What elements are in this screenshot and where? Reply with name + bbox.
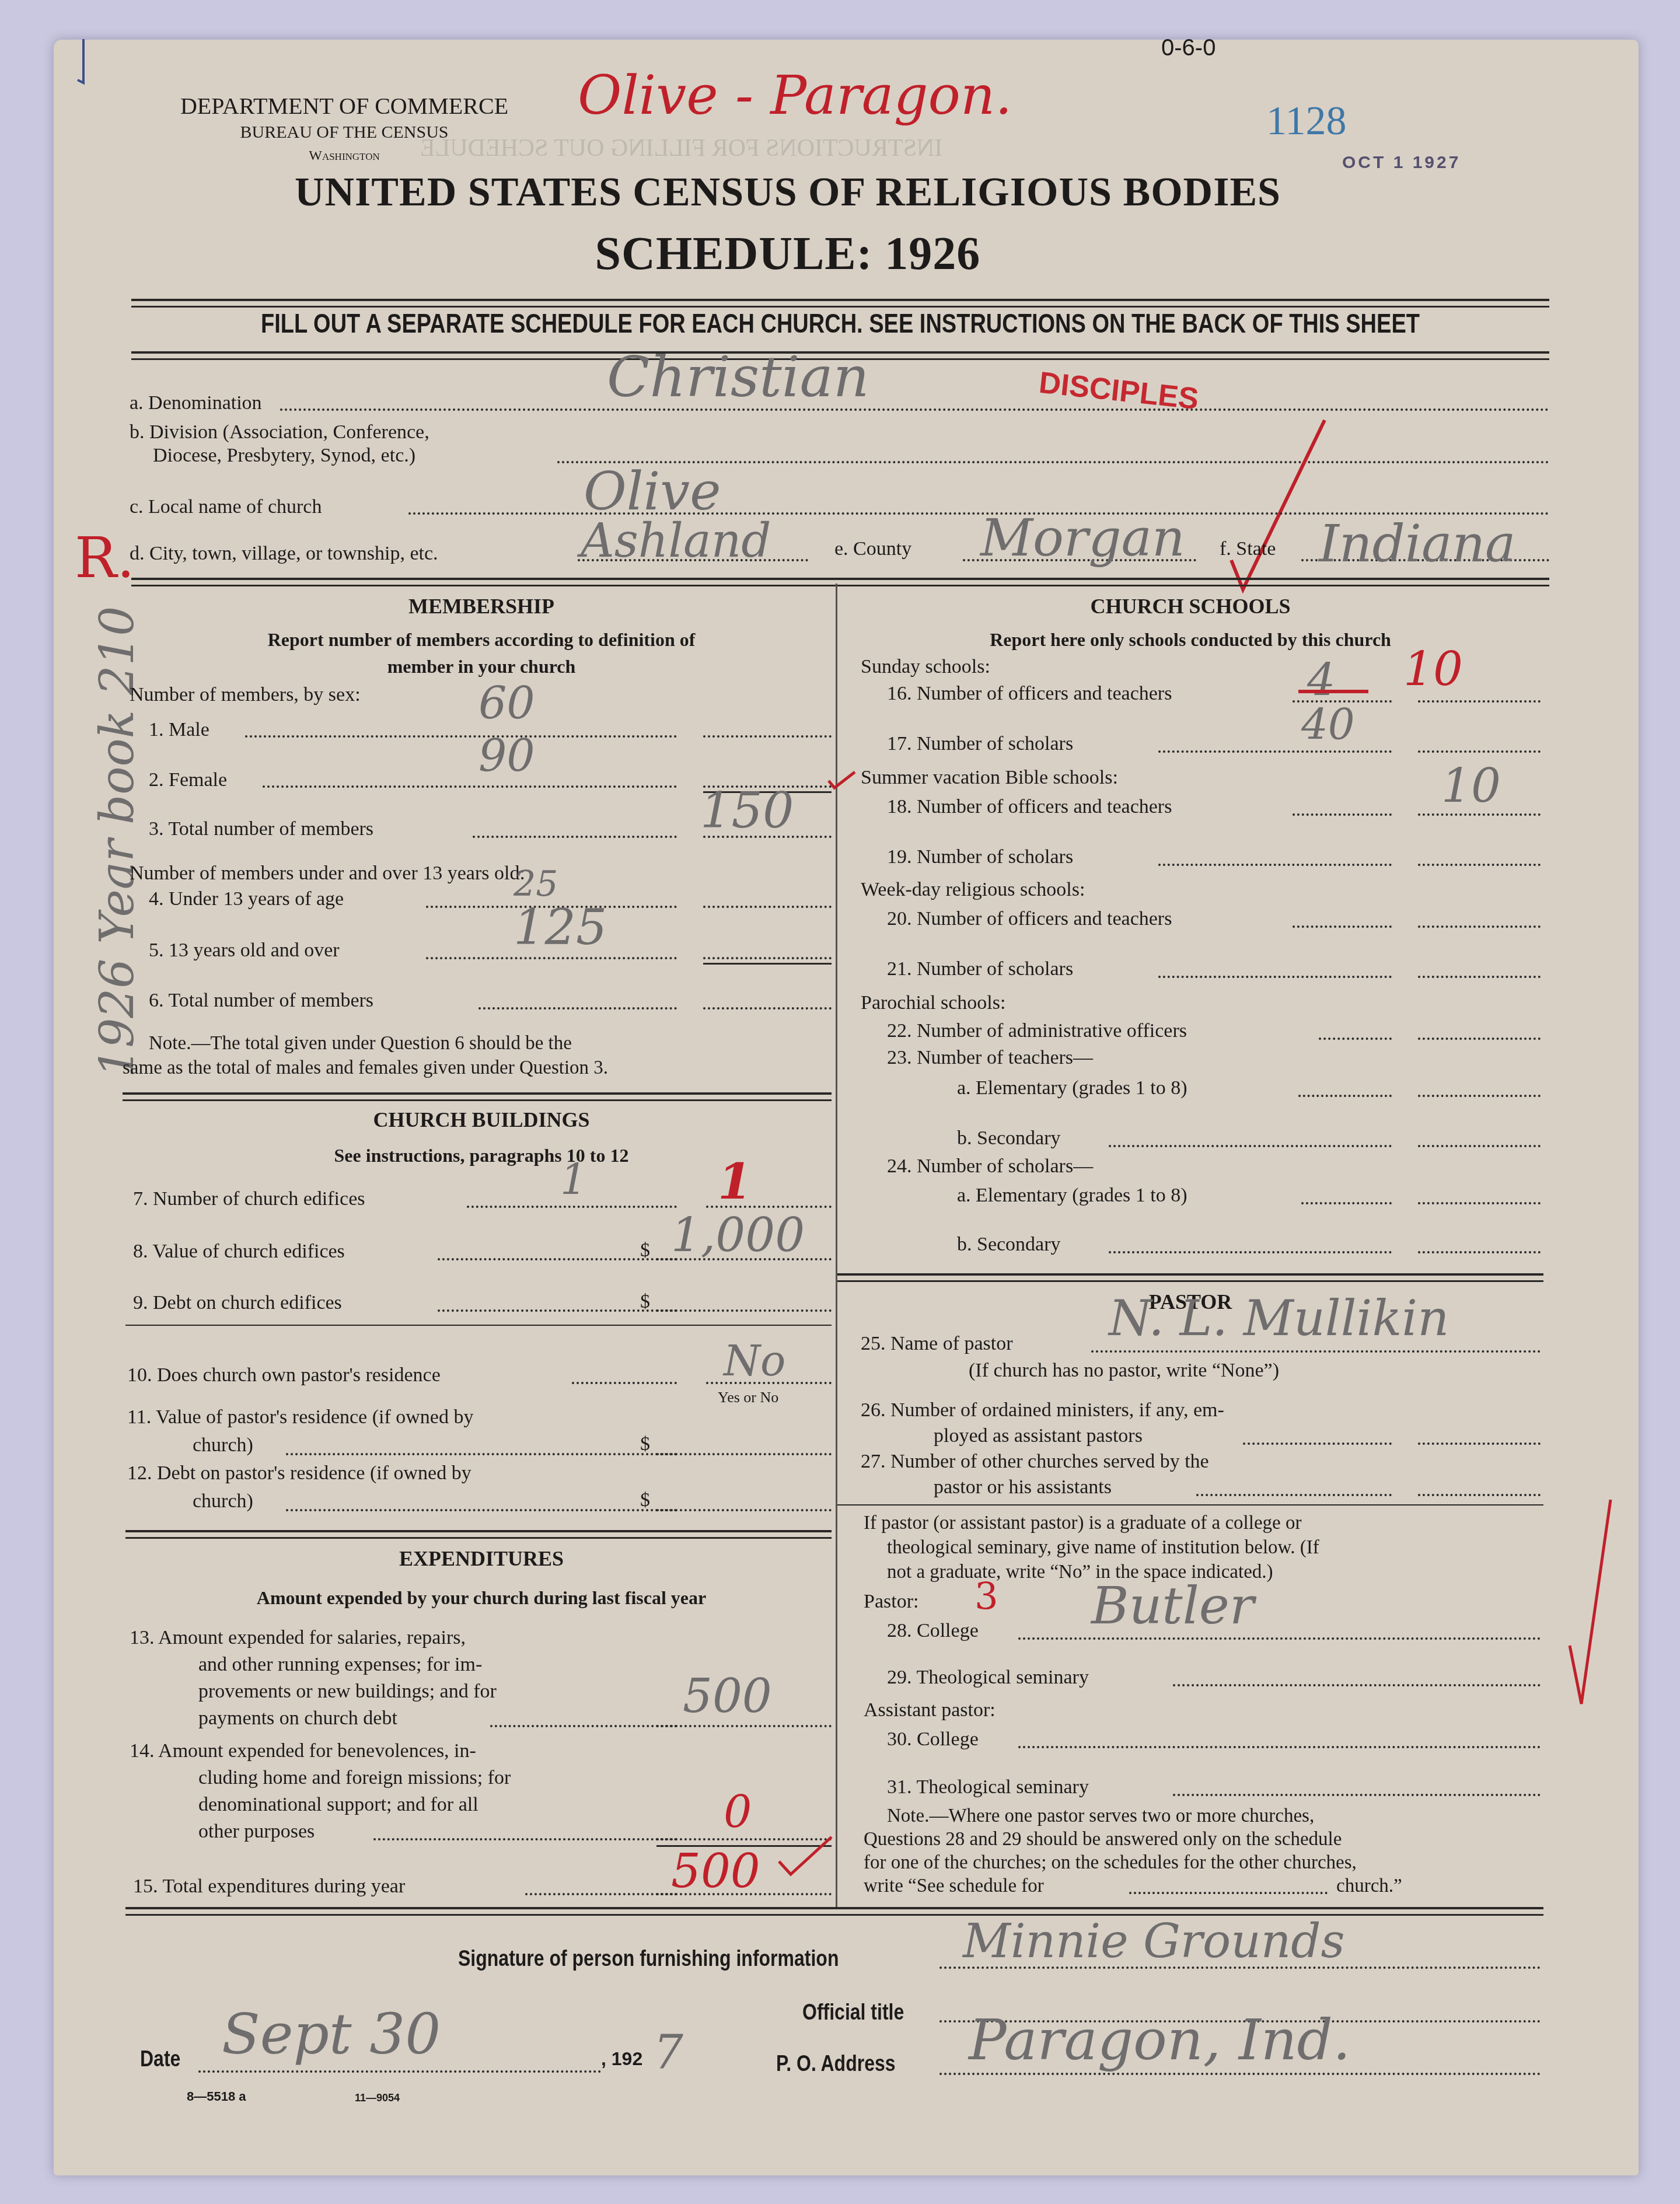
signature-label: Signature of person furnishing informati… [458, 1945, 839, 1971]
q20-label: 20. Number of officers and teachers [887, 908, 1172, 930]
edifices-count-label: 7. Number of church edifices [133, 1188, 365, 1210]
official-title-label: Official title [802, 1999, 904, 2025]
bureau-name: BUREAU OF THE CENSUS [134, 123, 554, 142]
city-label: d. City, town, village, or township, etc… [130, 543, 438, 565]
po-address-line[interactable] [939, 2073, 1541, 2075]
q14-line-4: other purposes [198, 1821, 315, 1843]
edifices-count-value: 1 [560, 1155, 587, 1204]
q17-line[interactable] [1158, 750, 1392, 753]
state-value: Indiana [1319, 514, 1516, 574]
pastor-name-line[interactable] [1091, 1350, 1541, 1353]
code-annotation: 0-6-0 [1161, 35, 1216, 61]
rule [125, 1530, 832, 1539]
denomination-label: a. Denomination [130, 392, 262, 414]
q18-total-line[interactable] [1418, 813, 1541, 816]
q26-total-line[interactable] [1418, 1442, 1541, 1445]
edifices-debt-label: 9. Debt on church edifices [133, 1292, 342, 1314]
rule [837, 1273, 1543, 1282]
asst-college-line[interactable] [1018, 1746, 1541, 1748]
margin-pencil-note: 1926 Year book 210 [90, 704, 144, 1078]
residence-value-line[interactable] [286, 1453, 677, 1455]
expenditures-heading: EXPENDITURES [131, 1546, 832, 1571]
total-expenditures-label: 15. Total expenditures during year [133, 1875, 405, 1898]
q13-line-3: provements or new buildings; and for [198, 1681, 497, 1703]
q22-label: 22. Number of administrative officers [887, 1020, 1187, 1042]
pastor-name-label: 25. Name of pastor [861, 1333, 1013, 1355]
date-line[interactable] [198, 2070, 601, 2073]
q24a-total-line[interactable] [1418, 1202, 1541, 1204]
residence-debt-label-1: 12. Debt on pastor's residence (if owned… [127, 1462, 471, 1485]
weekday-schools-label: Week-day religious schools: [861, 879, 1085, 901]
parochial-schools-label: Parochial schools: [861, 992, 1005, 1014]
q14-amount: 0 [724, 1786, 752, 1838]
residence-debt-line[interactable] [286, 1509, 677, 1511]
rule [123, 1092, 832, 1101]
q21-label: 21. Number of scholars [887, 958, 1073, 980]
rule [125, 1325, 832, 1326]
division-label-2: Diocese, Presbytery, Synod, etc.) [153, 445, 415, 467]
q26-label-2: ployed as assistant pastors [934, 1425, 1143, 1447]
total-members-6-label: 6. Total number of members [149, 990, 373, 1012]
q23a-label: a. Elementary (grades 1 to 8) [957, 1077, 1187, 1099]
church-schools-heading: CHURCH SCHOOLS [840, 594, 1541, 619]
college-line[interactable] [1018, 1637, 1541, 1640]
church-name-label: c. Local name of church [130, 496, 322, 518]
instruction-banner: FILL OUT A SEPARATE SCHEDULE FOR EACH CH… [131, 310, 1549, 340]
membership-subheading-2: member in your church [131, 656, 832, 677]
church-buildings-heading: CHURCH BUILDINGS [131, 1108, 832, 1132]
year-prefix: , 192 [601, 2048, 642, 2070]
q20-line[interactable] [1293, 925, 1392, 928]
membership-note-2: same as the total of males and females g… [123, 1055, 832, 1081]
college-value: Butler [1091, 1576, 1254, 1636]
female-label: 2. Female [149, 769, 227, 791]
q27-total-line[interactable] [1418, 1494, 1541, 1496]
schedule-year: SCHEDULE: 1926 [175, 228, 1400, 281]
red-strikethrough [1298, 690, 1368, 693]
membership-note-1: Note.—The total given under Question 6 s… [149, 1031, 832, 1056]
assistant-pastor-label: Assistant pastor: [864, 1699, 996, 1721]
pastor-note-3: for one of the churches; on the schedule… [864, 1850, 1541, 1875]
date-value: Sept 30 [222, 2002, 441, 2067]
received-number-stamp: 1128 [1266, 98, 1346, 145]
q27-label-2: pastor or his assistants [934, 1476, 1112, 1499]
q24-label: 24. Number of scholars— [887, 1155, 1093, 1178]
margin-r-annotation: R. [75, 525, 135, 591]
print-code: 11—9054 [355, 2092, 400, 2104]
under-13-label: 4. Under 13 years of age [149, 888, 344, 910]
county-value: Morgan [980, 508, 1185, 568]
grad-note-1: If pastor (or assistant pastor) is a gra… [864, 1510, 1541, 1536]
denomination-value: Christian [607, 344, 869, 410]
q13-amount-line[interactable] [656, 1725, 832, 1727]
expenditures-subheading: Amount expended by your church during la… [131, 1587, 832, 1609]
residence-value-label-1: 11. Value of pastor's residence (if owne… [127, 1406, 473, 1428]
pastor-note-4a: write “See schedule for [864, 1873, 1044, 1899]
residence-debt-label-2: church) [193, 1490, 253, 1513]
q16-total-line[interactable] [1418, 700, 1541, 703]
residence-value-label-2: church) [193, 1434, 253, 1456]
q24b-line[interactable] [1109, 1251, 1392, 1253]
q16-value: 4 [1307, 654, 1335, 705]
currency-symbol: $ [640, 1489, 650, 1511]
signature-value: Minnie Grounds [963, 1914, 1345, 1968]
seminary-line[interactable] [1173, 1684, 1541, 1686]
see-schedule-line[interactable] [1129, 1892, 1328, 1894]
edifices-value-label: 8. Value of church edifices [133, 1241, 345, 1263]
residence-value-amount-line[interactable] [656, 1453, 832, 1455]
over-13-value: 125 [514, 899, 607, 956]
rule [837, 1504, 1543, 1506]
q23-label: 23. Number of teachers— [887, 1047, 1093, 1069]
q24b-label: b. Secondary [957, 1234, 1061, 1256]
q19-line[interactable] [1158, 864, 1392, 866]
city-value: Ashland [581, 514, 771, 568]
total-expenditures-amount: 500 [671, 1844, 760, 1898]
q18-label: 18. Number of officers and teachers [887, 796, 1172, 818]
date-label: Date [140, 2046, 180, 2072]
q17-total-line[interactable] [1418, 750, 1541, 753]
over-13-label: 5. 13 years old and over [149, 939, 340, 962]
seminary-label: 29. Theological seminary [887, 1667, 1089, 1689]
grad-note-2: theological seminary, give name of insti… [887, 1535, 1541, 1560]
pastor-name-value: N. L. Mullikin [1109, 1290, 1449, 1347]
q13-line-2: and other running expenses; for im- [198, 1654, 482, 1676]
owns-residence-value: No [724, 1336, 785, 1385]
q24a-label: a. Elementary (grades 1 to 8) [957, 1185, 1187, 1207]
total-expenditures-line[interactable] [525, 1893, 677, 1895]
sum-rule [703, 963, 832, 965]
q13-amount: 500 [683, 1669, 772, 1723]
pastor-name-hint: (If church has no pastor, write “None”) [969, 1360, 1279, 1382]
female-line[interactable] [263, 785, 677, 788]
q18-value: 10 [1441, 759, 1501, 813]
q14-line-1: 14. Amount expended for benevolences, in… [130, 1740, 476, 1762]
q20-total-line[interactable] [1418, 925, 1541, 928]
q14-line-3: denominational support; and for all [198, 1794, 478, 1816]
total-members-6-total-line[interactable] [703, 1007, 832, 1010]
blue-pen-mark-icon [75, 36, 92, 95]
year-value: 7 [654, 2025, 683, 2079]
asst-seminary-label: 31. Theological seminary [887, 1776, 1089, 1798]
q24b-total-line[interactable] [1418, 1251, 1541, 1253]
summer-schools-label: Summer vacation Bible schools: [861, 767, 1118, 789]
rule [131, 578, 1549, 586]
under-13-total-line[interactable] [703, 906, 832, 908]
asst-college-label: 30. College [887, 1728, 979, 1751]
owns-residence-label: 10. Does church own pastor's residence [127, 1364, 441, 1386]
q27-line[interactable] [1196, 1494, 1392, 1496]
currency-symbol: $ [640, 1239, 650, 1262]
q13-line[interactable] [490, 1725, 677, 1727]
college-label: 28. College [887, 1620, 979, 1642]
q17-label: 17. Number of scholars [887, 733, 1073, 755]
over-13-total-line[interactable] [703, 957, 832, 959]
currency-symbol: $ [640, 1433, 650, 1455]
rule [131, 299, 1549, 308]
q18-line[interactable] [1293, 813, 1392, 816]
division-label-1: b. Division (Association, Conference, [130, 421, 429, 443]
pastor-note-2: Questions 28 and 29 should be answered o… [864, 1826, 1541, 1852]
department-name: DEPARTMENT OF COMMERCE [134, 92, 554, 120]
total-members-label: 3. Total number of members [149, 818, 373, 840]
q21-line[interactable] [1158, 976, 1392, 978]
edifices-debt-amount-line[interactable] [656, 1309, 832, 1312]
by-age-label: Number of members under and over 13 year… [130, 862, 525, 885]
owns-residence-line[interactable] [572, 1382, 677, 1384]
male-value: 60 [478, 677, 535, 729]
total-members-6-line[interactable] [478, 1007, 677, 1010]
q23a-total-line[interactable] [1418, 1095, 1541, 1097]
q27-label-1: 27. Number of other churches served by t… [861, 1451, 1209, 1473]
membership-subheading-1: Report number of members according to de… [131, 629, 832, 651]
q24a-line[interactable] [1301, 1202, 1392, 1204]
total-members-value: 150 [700, 782, 794, 839]
yes-no-hint: Yes or No [718, 1389, 778, 1406]
q23a-line[interactable] [1298, 1095, 1392, 1097]
form-title: UNITED STATES CENSUS OF RELIGIOUS BODIES [175, 169, 1400, 216]
q13-line-1: 13. Amount expended for salaries, repair… [130, 1627, 466, 1649]
q23b-label: b. Secondary [957, 1127, 1061, 1150]
female-value: 90 [478, 729, 535, 781]
po-address-value: Paragon, Ind. [969, 2007, 1350, 2073]
q19-total-line[interactable] [1418, 864, 1541, 866]
pastor-note-4b: church.” [1336, 1873, 1402, 1899]
by-sex-label: Number of members, by sex: [130, 684, 361, 706]
residence-debt-amount-line[interactable] [656, 1509, 832, 1511]
membership-heading: MEMBERSHIP [131, 594, 832, 619]
male-line[interactable] [245, 735, 677, 738]
q23b-line[interactable] [1109, 1145, 1392, 1147]
county-label: e. County [834, 538, 911, 560]
q22-line[interactable] [1319, 1038, 1392, 1040]
q19-label: 19. Number of scholars [887, 846, 1073, 868]
q16-label: 16. Number of officers and teachers [887, 683, 1172, 705]
currency-symbol: $ [640, 1291, 650, 1313]
q17-value: 40 [1301, 700, 1355, 749]
college-code-annotation: 3 [975, 1576, 998, 1619]
male-label: 1. Male [149, 719, 209, 741]
red-check-icon [1564, 1494, 1616, 1716]
total-members-line[interactable] [473, 836, 677, 838]
q22-total-line[interactable] [1418, 1038, 1541, 1040]
over-13-line[interactable] [426, 957, 677, 959]
red-check-icon [776, 1832, 834, 1879]
pastor-sub-label: Pastor: [864, 1591, 918, 1613]
red-check-icon [826, 769, 861, 792]
state-label: f. State [1220, 538, 1276, 560]
top-red-annotation: Olive - Paragon. [578, 64, 1012, 127]
q21-total-line[interactable] [1418, 976, 1541, 978]
q14-line-2: cluding home and foreign missions; for [198, 1767, 511, 1789]
sunday-schools-label: Sunday schools: [861, 656, 990, 678]
form-number: 8—5518 a [187, 2089, 246, 2104]
q16-red-value: 10 [1403, 642, 1463, 696]
edifices-count-line[interactable] [467, 1206, 677, 1208]
asst-seminary-line[interactable] [1173, 1794, 1541, 1796]
bureau-city: Washington [134, 148, 554, 164]
q13-line-4: payments on church debt [198, 1707, 397, 1730]
q26-label-1: 26. Number of ordained ministers, if any… [861, 1399, 1224, 1421]
edifices-count-red-value: 1 [718, 1152, 752, 1210]
po-address-label: P. O. Address [776, 2051, 896, 2076]
pastor-note-1: Note.—Where one pastor serves two or mor… [887, 1803, 1541, 1829]
denomination-line[interactable] [280, 408, 1549, 411]
q14-line[interactable] [373, 1838, 677, 1840]
q26-line[interactable] [1243, 1442, 1392, 1445]
q23b-total-line[interactable] [1418, 1145, 1541, 1147]
edifices-value-amount: 1,000 [671, 1208, 805, 1262]
male-total-line[interactable] [703, 735, 832, 738]
